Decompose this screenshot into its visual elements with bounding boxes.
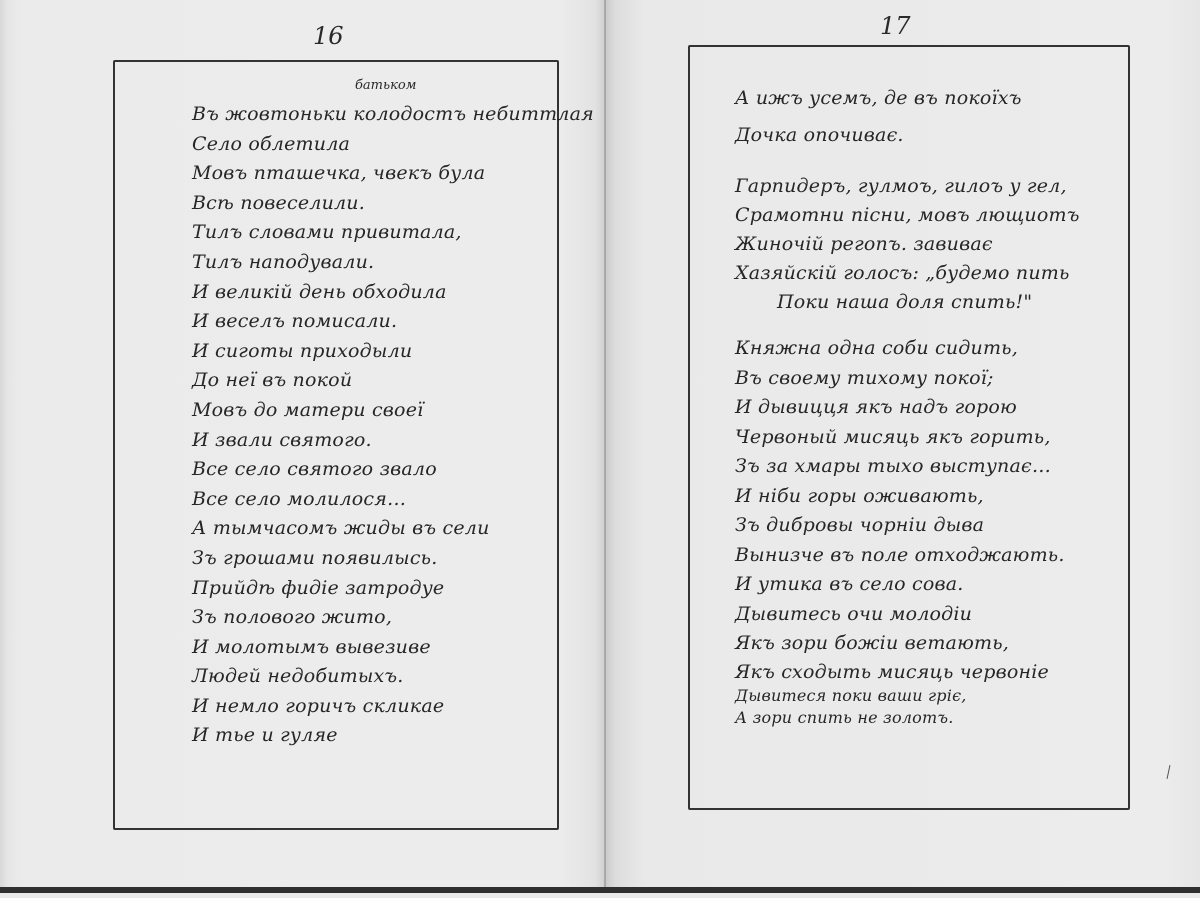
manuscript-line: Зъ за хмары тыхо выступає…	[735, 452, 1065, 482]
manuscript-line: Мовъ пташечка, чвекъ була	[192, 159, 594, 189]
book-spread: 16 батьком Въ жовтоньки колодостъ небитт…	[0, 0, 1200, 893]
manuscript-line: Жиночій регопъ. завиває	[735, 230, 1080, 259]
right-stanza-1: А ижъ усемъ, де въ покоїхъ Дочка опочива…	[735, 80, 1022, 154]
page-number-left: 16	[313, 22, 344, 50]
manuscript-line: Въ своему тихому покої;	[735, 364, 1065, 394]
manuscript-line: И веселъ помисали.	[192, 307, 594, 337]
manuscript-line: Срамотни пісни, мовъ лющиотъ	[735, 201, 1080, 230]
manuscript-line: И сиготы приходыли	[192, 337, 594, 367]
manuscript-line: Якъ зори божіи ветають,	[735, 629, 1065, 659]
manuscript-line: Мовъ до матери своеї	[192, 396, 594, 426]
manuscript-line: Прийдѣ фидіе затродуе	[192, 574, 594, 604]
scan-bottom-edge	[0, 887, 1200, 893]
manuscript-line: Червоный мисяць якъ горить,	[735, 423, 1065, 453]
manuscript-line: Зъ полового жито,	[192, 603, 594, 633]
manuscript-line: И звали святого.	[192, 426, 594, 456]
manuscript-line: Всѣ повеселили.	[192, 189, 594, 219]
manuscript-line: Княжна одна соби сидить,	[735, 334, 1065, 364]
manuscript-line: И великій день обходила	[192, 278, 594, 308]
manuscript-line: Въ жовтоньки колодостъ небиттлая	[192, 100, 594, 130]
manuscript-line: Село облетила	[192, 130, 594, 160]
book-gutter	[604, 0, 606, 893]
manuscript-line: Дочка опочиває.	[735, 117, 1022, 154]
manuscript-line: Якъ сходыть мисяць червоніе	[735, 659, 1065, 685]
right-stanza-3: Княжна одна соби сидить, Въ своему тихом…	[735, 334, 1065, 729]
manuscript-line: А ижъ усемъ, де въ покоїхъ	[735, 80, 1022, 117]
manuscript-line: Дывитесь очи молодіи	[735, 600, 1065, 630]
manuscript-line: И молотымъ вывезиве	[192, 633, 594, 663]
manuscript-line: Зъ дибровы чорніи дыва	[735, 511, 1065, 541]
manuscript-line-small: Дывитеся поки ваши гріє,	[735, 685, 1065, 707]
manuscript-line: Людей недобитыхъ.	[192, 662, 594, 692]
page-number-right: 17	[880, 12, 911, 40]
manuscript-line: Тилъ словами привитала,	[192, 218, 594, 248]
manuscript-line: Все село молилося…	[192, 485, 594, 515]
manuscript-line: И дывицця якъ надъ горою	[735, 393, 1065, 423]
manuscript-line: И немло горичъ скликае	[192, 692, 594, 722]
manuscript-line: Поки наша доля спить!"	[735, 288, 1080, 317]
manuscript-line: Вынизче въ поле отходжають.	[735, 541, 1065, 571]
right-stanza-2: Гарпидеръ, гулмоъ, гилоъ у гел, Срамотни…	[735, 172, 1080, 317]
manuscript-line: Гарпидеръ, гулмоъ, гилоъ у гел,	[735, 172, 1080, 201]
manuscript-line: До неї въ покой	[192, 366, 594, 396]
manuscript-line: А тымчасомъ жиды въ сели	[192, 514, 594, 544]
manuscript-line: И тьe и гуляе	[192, 721, 594, 751]
manuscript-line: Хазяйскій голосъ: „будемо пить	[735, 259, 1080, 288]
manuscript-line: Все село святого звало	[192, 455, 594, 485]
left-page-lines: Въ жовтоньки колодостъ небиттлая Село об…	[192, 100, 594, 751]
insertion-above-line: батьком	[355, 78, 416, 93]
manuscript-line: Зъ грошами появилысь.	[192, 544, 594, 574]
manuscript-line-small: А зори спить не золотъ.	[735, 707, 1065, 729]
manuscript-line: И утика въ село сова.	[735, 570, 1065, 600]
manuscript-line: Тилъ наподували.	[192, 248, 594, 278]
manuscript-line: И ніби горы оживають,	[735, 482, 1065, 512]
